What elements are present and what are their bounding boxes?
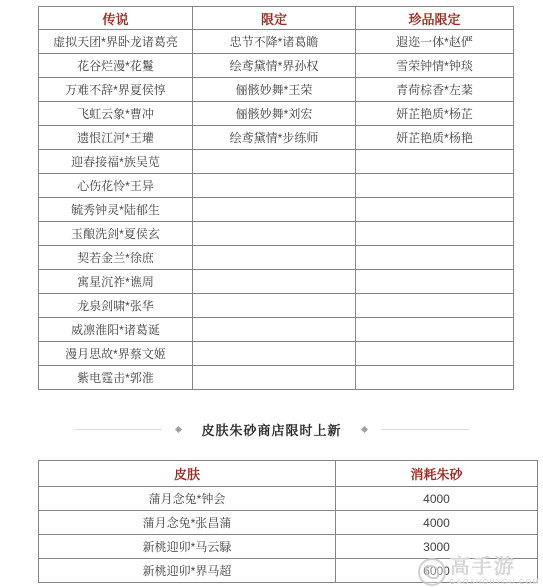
- table-cell: 妍芷艳质*杨艳: [356, 126, 514, 150]
- table-cell: 青荷棕香*左棻: [356, 78, 514, 102]
- table-row: 迎春接福*族吴苋: [39, 150, 514, 174]
- column-header: 限定: [193, 7, 356, 30]
- table-cell: [193, 270, 356, 294]
- table-cell: [356, 198, 514, 222]
- table-cell: 4000: [336, 487, 538, 511]
- table-cell: [193, 150, 356, 174]
- table-cell: 威凛淮阳*诸葛诞: [39, 318, 193, 342]
- diamond-bullet-icon: [360, 425, 367, 432]
- table-cell: 心伤花怜*王异: [39, 174, 193, 198]
- table-cell: 俪骸妙舞*王荣: [193, 78, 356, 102]
- heading-right-line: [381, 429, 469, 430]
- table-cell: 飞虹云象*曹冲: [39, 102, 193, 126]
- table-row: 寓星沉祚*谯周: [39, 270, 514, 294]
- legend-limited-table-header: 传说限定珍品限定: [39, 7, 514, 30]
- cinnabar-shop-table-body: 蒲月念兔*钟会4000蒲月念兔*张昌蒲4000新桃迎卯*马云騄3000新桃迎卯*…: [39, 487, 538, 583]
- table-cell: 玉酿洗剑*夏侯玄: [39, 222, 193, 246]
- table-cell: 迎春接福*族吴苋: [39, 150, 193, 174]
- table-row: 毓秀钟灵*陆郁生: [39, 198, 514, 222]
- table-cell: 绘鸢黛情*步练师: [193, 126, 356, 150]
- table-cell: [356, 342, 514, 366]
- table-cell: 寓星沉祚*谯周: [39, 270, 193, 294]
- table-row: 新桃迎卯*马云騄3000: [39, 535, 538, 559]
- table-row: 蒲月念兔*钟会4000: [39, 487, 538, 511]
- table-cell: 契若金兰*徐庶: [39, 246, 193, 270]
- table-cell: 忠节不降*诸葛瞻: [193, 30, 356, 54]
- table-row: 虚拟天团*界卧龙诸葛亮忠节不降*诸葛瞻遐迩一体*赵俨: [39, 30, 514, 54]
- column-header: 消耗朱砂: [336, 461, 538, 487]
- table-cell: [193, 294, 356, 318]
- table-row: 契若金兰*徐庶: [39, 246, 514, 270]
- table-cell: [193, 222, 356, 246]
- table-row: 花谷烂漫*花鬘绘鸢黛情*界孙权雪荣钟情*钟琰: [39, 54, 514, 78]
- table-cell: 3000: [336, 535, 538, 559]
- cinnabar-shop-table: 皮肤消耗朱砂 蒲月念兔*钟会4000蒲月念兔*张昌蒲4000新桃迎卯*马云騄30…: [38, 460, 538, 583]
- table-row: 蒲月念兔*张昌蒲4000: [39, 511, 538, 535]
- table-cell: 新桃迎卯*马云騄: [39, 535, 336, 559]
- table-row: 龙泉剑啸*张华: [39, 294, 514, 318]
- table-cell: 绘鸢黛情*界孙权: [193, 54, 356, 78]
- table-cell: 蒲月念兔*钟会: [39, 487, 336, 511]
- table-cell: 花谷烂漫*花鬘: [39, 54, 193, 78]
- legend-limited-skins-table: 传说限定珍品限定 虚拟天团*界卧龙诸葛亮忠节不降*诸葛瞻遐迩一体*赵俨花谷烂漫*…: [38, 6, 514, 390]
- table-row: 新桃迎卯*界马超6000: [39, 559, 538, 583]
- legend-limited-table-body: 虚拟天团*界卧龙诸葛亮忠节不降*诸葛瞻遐迩一体*赵俨花谷烂漫*花鬘绘鸢黛情*界孙…: [39, 30, 514, 390]
- table-cell: 妍芷艳质*杨芷: [356, 102, 514, 126]
- table-cell: 紫电霆击*郭淮: [39, 366, 193, 390]
- diamond-bullet-icon: [175, 425, 182, 432]
- table-cell: [356, 222, 514, 246]
- cinnabar-shop-table-header: 皮肤消耗朱砂: [39, 461, 538, 487]
- table-cell: [193, 246, 356, 270]
- column-header: 传说: [39, 7, 193, 30]
- header-row: 皮肤消耗朱砂: [39, 461, 538, 487]
- table-cell: 漫月思故*界蔡文姬: [39, 342, 193, 366]
- section-title: 皮肤朱砂商店限时上新: [201, 420, 341, 439]
- table-cell: 蒲月念兔*张昌蒲: [39, 511, 336, 535]
- header-row: 传说限定珍品限定: [39, 7, 514, 30]
- table-cell: [193, 366, 356, 390]
- table-cell: 4000: [336, 511, 538, 535]
- table-cell: [356, 246, 514, 270]
- table-cell: [356, 318, 514, 342]
- column-header: 皮肤: [39, 461, 336, 487]
- table-cell: [193, 342, 356, 366]
- section-heading: 皮肤朱砂商店限时上新: [0, 419, 543, 439]
- heading-left-line: [74, 429, 162, 430]
- table-cell: 6000: [336, 559, 538, 583]
- table-cell: [356, 270, 514, 294]
- table-cell: 遐迩一体*赵俨: [356, 30, 514, 54]
- table-cell: 雪荣钟情*钟琰: [356, 54, 514, 78]
- table-cell: [193, 198, 356, 222]
- table-cell: [356, 294, 514, 318]
- table-cell: 虚拟天团*界卧龙诸葛亮: [39, 30, 193, 54]
- table-cell: [193, 318, 356, 342]
- table-cell: 遗恨江河*王瓘: [39, 126, 193, 150]
- table-cell: [193, 174, 356, 198]
- table-cell: [356, 150, 514, 174]
- table-row: 威凛淮阳*诸葛诞: [39, 318, 514, 342]
- table-cell: [356, 366, 514, 390]
- table-cell: 毓秀钟灵*陆郁生: [39, 198, 193, 222]
- table-row: 漫月思故*界蔡文姬: [39, 342, 514, 366]
- table-cell: 俪骸妙舞*刘宏: [193, 102, 356, 126]
- table-row: 玉酿洗剑*夏侯玄: [39, 222, 514, 246]
- table-cell: 新桃迎卯*界马超: [39, 559, 336, 583]
- table-row: 万难不辞*界夏侯惇俪骸妙舞*王荣青荷棕香*左棻: [39, 78, 514, 102]
- table-row: 心伤花怜*王异: [39, 174, 514, 198]
- table-cell: 万难不辞*界夏侯惇: [39, 78, 193, 102]
- column-header: 珍品限定: [356, 7, 514, 30]
- table-row: 飞虹云象*曹冲俪骸妙舞*刘宏妍芷艳质*杨芷: [39, 102, 514, 126]
- table-row: 遗恨江河*王瓘绘鸢黛情*步练师妍芷艳质*杨艳: [39, 126, 514, 150]
- table-row: 紫电霆击*郭淮: [39, 366, 514, 390]
- table-cell: [356, 174, 514, 198]
- table-cell: 龙泉剑啸*张华: [39, 294, 193, 318]
